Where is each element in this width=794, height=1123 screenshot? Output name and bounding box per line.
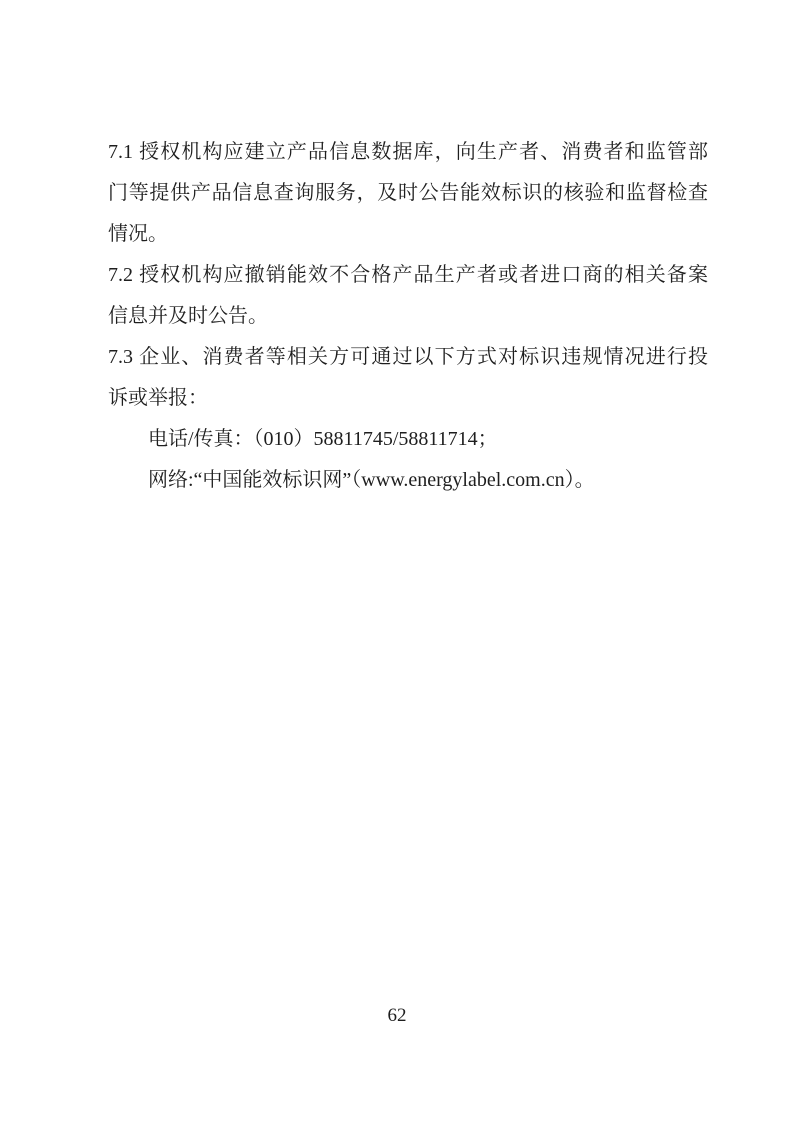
clause-7-2-line-2: 信息并及时公告。	[108, 296, 708, 337]
clause-7-3-line-1: 7.3 企业、消费者等相关方可通过以下方式对标识违规情况进行投	[108, 337, 708, 378]
clause-7-1-line-1: 7.1 授权机构应建立产品信息数据库，向生产者、消费者和监管部	[108, 132, 708, 173]
clause-7-2: 7.2 授权机构应撤销能效不合格产品生产者或者进口商的相关备案 信息并及时公告。	[108, 255, 708, 337]
document-page: 7.1 授权机构应建立产品信息数据库，向生产者、消费者和监管部 门等提供产品信息…	[0, 0, 794, 1123]
contact-info: 电话/传真：（010）58811745/58811714； 网络:“中国能效标识…	[108, 419, 708, 501]
clause-7-1: 7.1 授权机构应建立产品信息数据库，向生产者、消费者和监管部 门等提供产品信息…	[108, 132, 708, 255]
clause-7-1-line-3: 情况。	[108, 214, 708, 255]
document-body: 7.1 授权机构应建立产品信息数据库，向生产者、消费者和监管部 门等提供产品信息…	[108, 132, 708, 501]
clause-7-1-line-2: 门等提供产品信息查询服务，及时公告能效标识的核验和监督检查	[108, 173, 708, 214]
clause-7-2-line-1: 7.2 授权机构应撤销能效不合格产品生产者或者进口商的相关备案	[108, 255, 708, 296]
page-number: 62	[0, 1003, 794, 1029]
website-line: 网络:“中国能效标识网”（www.energylabel.com.cn）。	[108, 460, 708, 501]
clause-7-3: 7.3 企业、消费者等相关方可通过以下方式对标识违规情况进行投 诉或举报：	[108, 337, 708, 419]
clause-7-3-line-2: 诉或举报：	[108, 378, 708, 419]
phone-fax-line: 电话/传真：（010）58811745/58811714；	[108, 419, 708, 460]
